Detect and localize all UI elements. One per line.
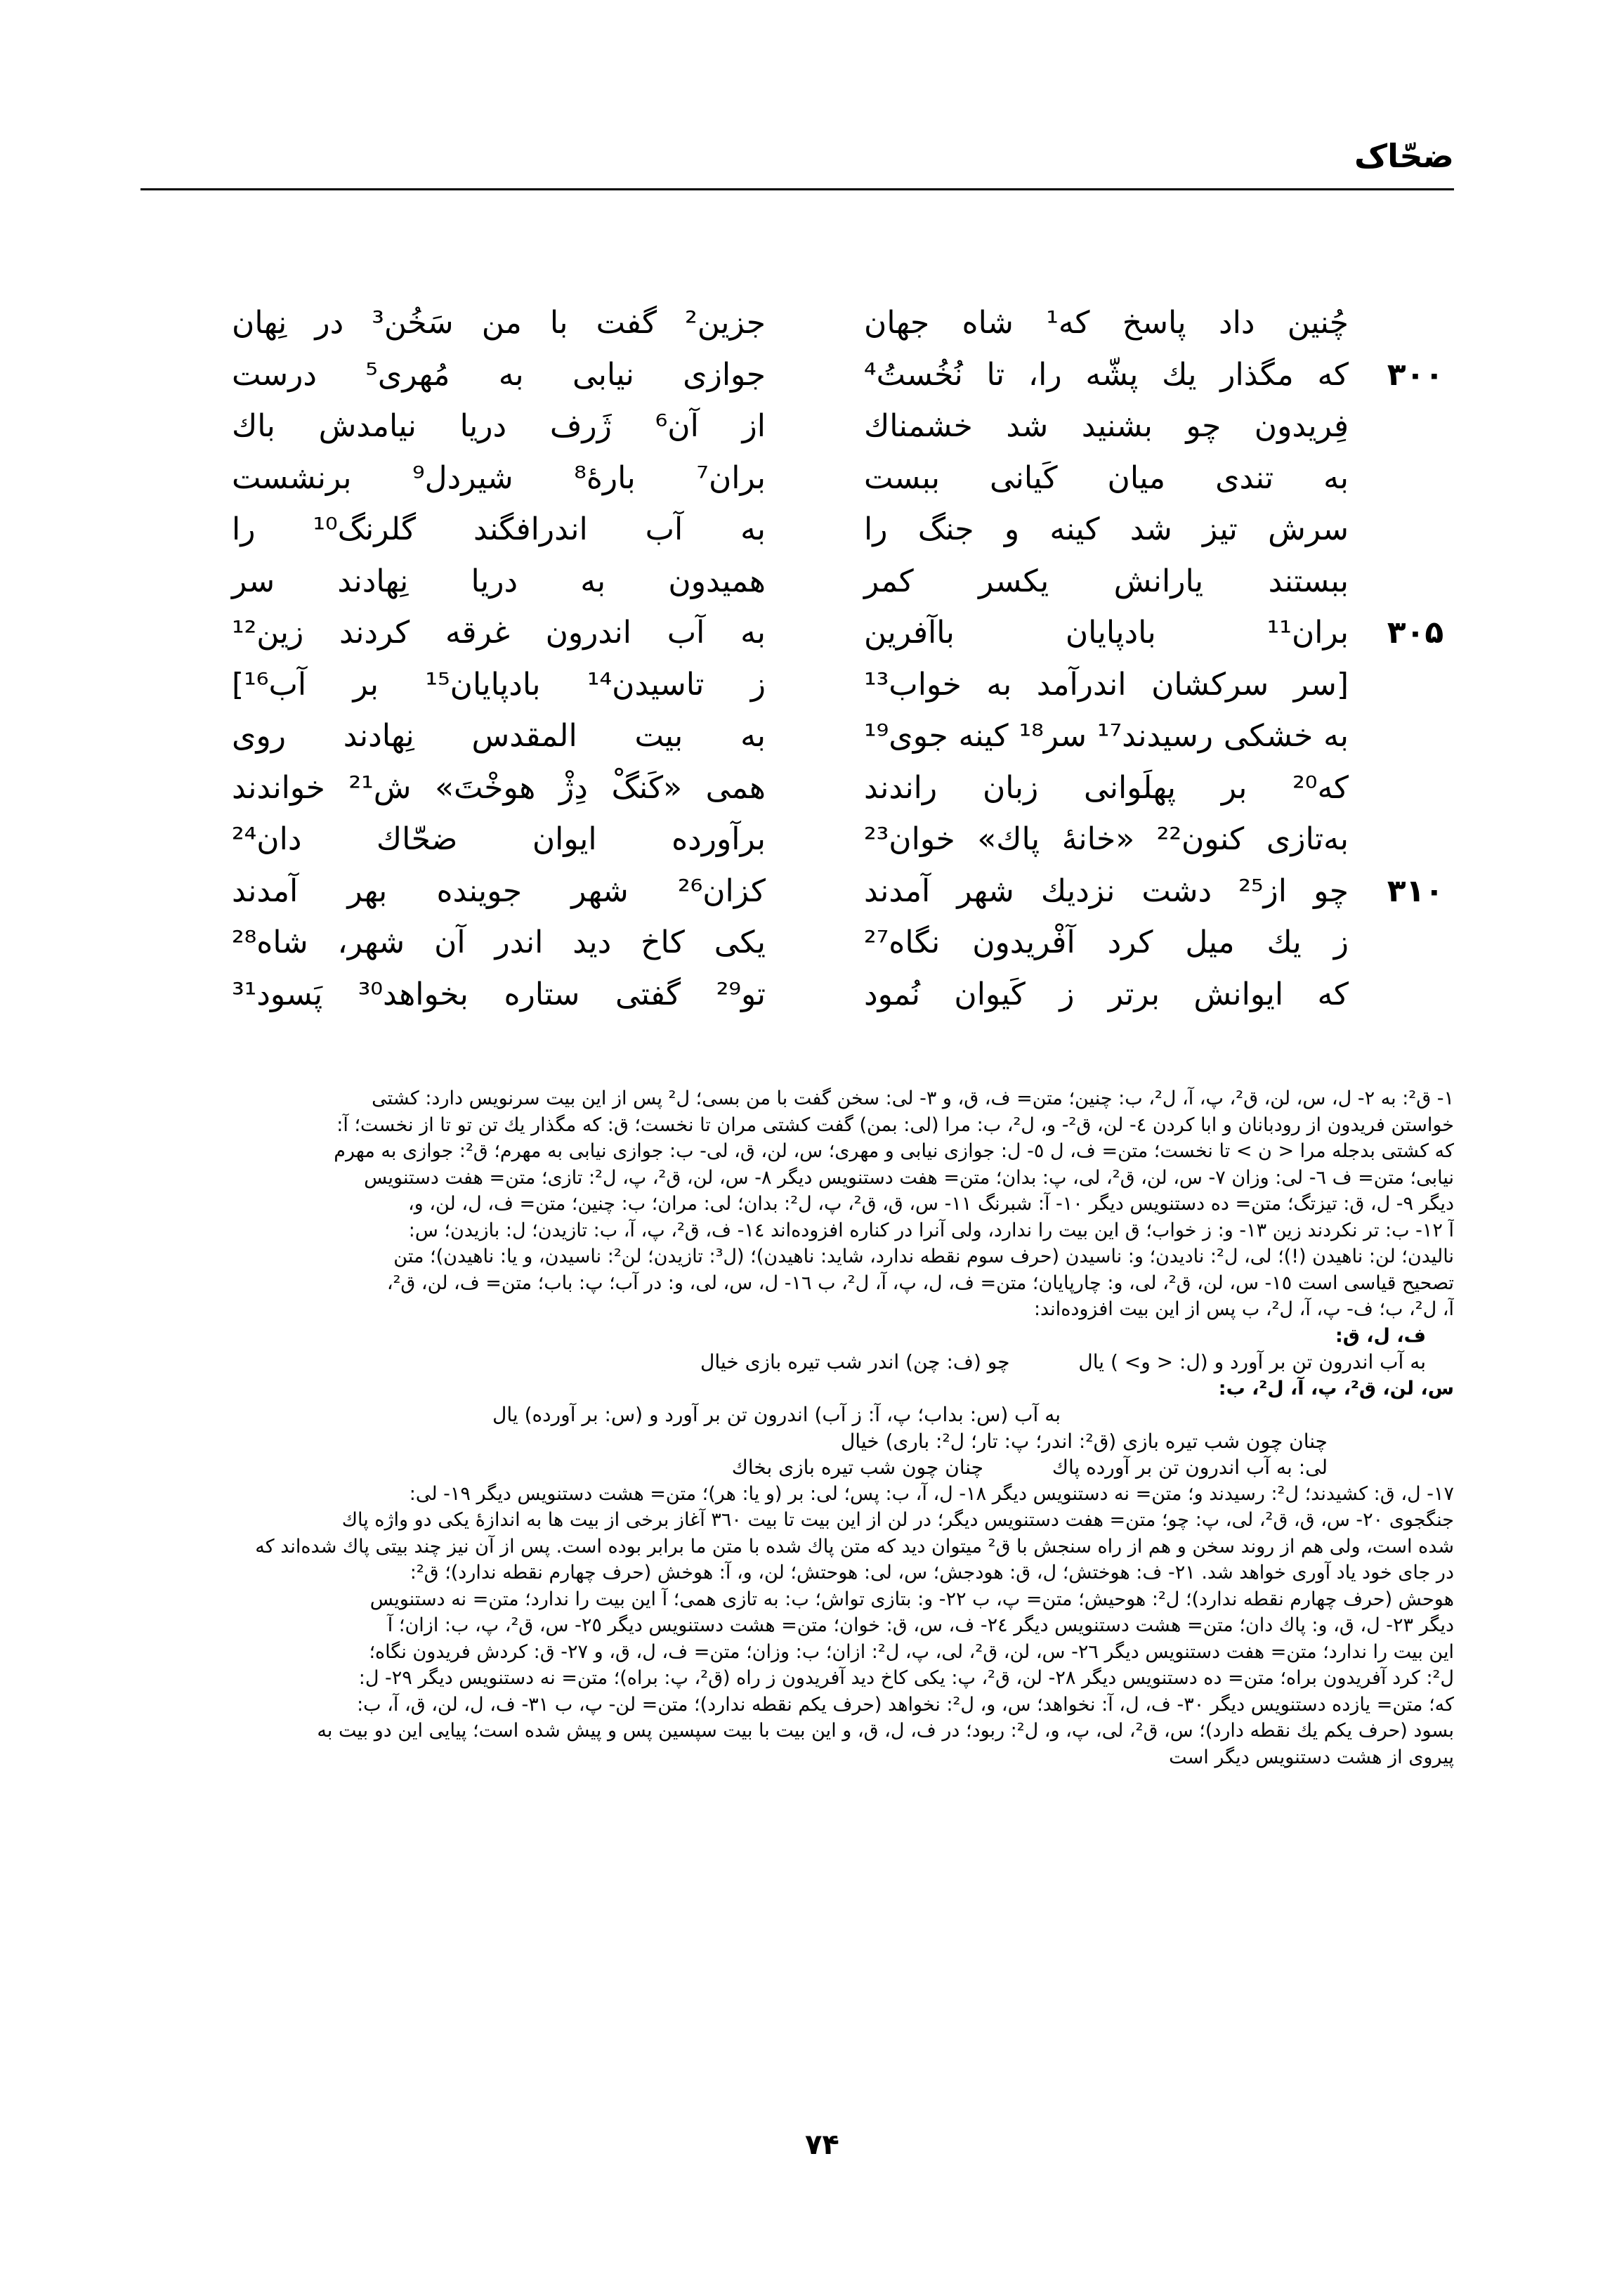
hemistich-first: که مگذار یك پشّه را، تا نُخُستُ⁴ [864,354,1349,396]
insert-li-left: چنان چون شب تیره بازی بخاك [732,1456,983,1479]
footnote-line: نالیدن؛ لن: ناهیدن (!)؛ لی، ل²: نادیدن؛ … [148,1243,1454,1270]
hemistich-first: بەتازی کنون²² «خانهٔ پاك» خوان²³ [864,818,1349,861]
hemistich-second: ز تاسیدن¹⁴ بادپایان¹⁵ بر آب¹⁶] [232,664,766,706]
verse-row: سرش تیز شد کینه و جنگ رابه آب اندرافگند … [232,509,1454,561]
footnote-line: دیگر ٩- ل، ق: تیزتگ؛ متن= ده دستنویس دیگ… [148,1191,1454,1217]
footnote-line: شده است، ولی هم از روند سخن و هم از راه … [148,1534,1454,1560]
hemistich-second: همی «کَنگْ دِژْ هوخْتَ» ش²¹ خواندند [232,767,766,809]
verse-row: ببستند یارانش یکسر کمرهمیدون به دریا نِه… [232,561,1454,613]
hemistich-first: که²⁰ بر پهلَوانی زبان راندند [864,767,1349,809]
verse-row: که²⁰ بر پهلَوانی زبان راندندهمی «کَنگْ د… [232,767,1454,819]
poem-body: چُنین داد پاسخ که¹ شاه جهانجزین² گفت با … [232,302,1454,1025]
footnotes: ۱- ق²: به ۲- ل، س، لن، ق²، پ، آ، ل²، ب: … [148,1085,1454,1770]
verse-row: چُنین داد پاسخ که¹ شاه جهانجزین² گفت با … [232,302,1454,354]
insert-verse-1-left: چو (ف: چن) اندر شب تیره بازی خیال [700,1350,1010,1373]
footnote-line: که؛ متن= یازده دستنویس دیگر ٣٠- ف، ل، آ:… [148,1692,1454,1718]
verse-row: ۳۰۰که مگذار یك پشّه را، تا نُخُستُ⁴جوازی… [232,354,1454,406]
hemistich-first: سرش تیز شد کینه و جنگ را [864,509,1349,551]
hemistich-first: که ایوانش برتر ز کَیوان نُمود [864,974,1349,1016]
insert-verse-1-right: به آب اندرون تن بر آورد و (ل: < و> ) یال [1078,1350,1426,1373]
page-number: ۷۴ [805,2129,839,2161]
hemistich-second: از آن⁶ ژَرف دریا نیامدش باك [232,405,766,448]
insert-verse-2-right: به آب (س: بداب؛ پ، آ: ز آب) اندرون تن بر… [148,1402,1454,1428]
verse-row: ۳۰۵بران¹¹ بادپایان باآفرینبه آب اندرون غ… [232,612,1454,664]
verse-row: [سر سرکشان اندرآمد به خواب¹³ز تاسیدن¹⁴ ب… [232,664,1454,716]
hemistich-first: فِریدون چو بشنید شد خشمناك [864,405,1349,448]
insert-group-label: س، لن، ق²، پ، آ، ل²، ب: [148,1376,1454,1402]
verse-row: به تندی میان کَیانی ببستبران⁷ بارهٔ⁸ شیر… [232,457,1454,509]
footnote-line: نیابی؛ متن= ف ٦- لی: وزان ٧- س، لن، ق²، … [148,1165,1454,1192]
hemistich-second: به آب اندرافگند گلرنگ¹⁰ را [232,509,766,551]
footnote-lines-block-1: ۱- ق²: به ۲- ل، س، لن، ق²، پ، آ، ل²، ب: … [148,1085,1454,1323]
hemistich-second: به بیت المقدس نِهادند روی [232,715,766,757]
hemistich-second: همیدون به دریا نِهادند سر [232,561,766,603]
footnote-line: هوحش (حرف چهارم نقطه ندارد)؛ ل²: هوحیش؛ … [148,1586,1454,1613]
verse-number: ۳۱۰ [1377,873,1454,909]
running-title: ضحّاک [1354,137,1454,175]
verse-row: ز یك میل کرد آفْریدون نگاه²⁷یکی کاخ دید … [232,922,1454,974]
insert-verse-1: به آب اندرون تن بر آورد و (ل: < و> ) یال… [148,1349,1454,1376]
verse-number: ۳۰۵ [1377,615,1454,651]
hemistich-second: برآورده ایوان ضحّاك دان²⁴ [232,818,766,861]
verse-row: ۳۱۰چو از²⁵ دشت نزدیك شهر آمدندکزان²⁶ شهر… [232,870,1454,922]
insert-label-f-l-q: ف، ل، ق: [148,1323,1454,1350]
verse-row: بەتازی کنون²² «خانهٔ پاك» خوان²³برآورده … [232,818,1454,870]
footnote-line: دیگر ٢٣- ل، ق، و: پاك دان؛ متن= هشت دستن… [148,1612,1454,1639]
verse-row: به خشکی رسیدند¹⁷ سر¹⁸ کینه جوی¹⁹به بیت ا… [232,715,1454,767]
hemistich-second: به آب اندرون غرقه کردند زین¹² [232,612,766,654]
footnote-line: ١٧- ل، ق: کشیدند؛ ل²: رسیدند و؛ متن= نه … [148,1481,1454,1508]
hemistich-second: جزین² گفت با من سَخُن³ در نِهان [232,302,766,344]
footnote-line: که کشتی بدجله مرا < ن > تا نخست؛ متن= ف،… [148,1138,1454,1165]
insert-li-verse: لی: به آب اندرون تن بر آورده پاك چنان چو… [148,1454,1454,1481]
hemistich-first: به خشکی رسیدند¹⁷ سر¹⁸ کینه جوی¹⁹ [864,715,1349,757]
footnote-lines-block-2: ١٧- ل، ق: کشیدند؛ ل²: رسیدند و؛ متن= نه … [148,1481,1454,1771]
hemistich-first: بران¹¹ بادپایان باآفرین [864,612,1349,654]
verse-row: فِریدون چو بشنید شد خشمناكاز آن⁶ ژَرف در… [232,405,1454,457]
footnote-line: در جای خود یاد آوری خواهد شد. ٢١- ف: هوخ… [148,1560,1454,1586]
verse-row: که ایوانش برتر ز کَیوان نُمودتو²⁹ گفتی س… [232,974,1454,1026]
page-header: ضحّاک [140,126,1454,190]
hemistich-second: جوازی نیابی به مُهری⁵ درست [232,354,766,396]
hemistich-second: یکی کاخ دید اندر آن شهر، شاه²⁸ [232,922,766,964]
footnote-line: آ، ل²، ب؛ ف- پ، آ، ل²، ب پس از این بیت ا… [148,1296,1454,1323]
hemistich-first: به تندی میان کَیانی ببست [864,457,1349,500]
hemistich-second: کزان²⁶ شهر جوینده بهر آمدند [232,870,766,913]
footnote-line: پیروی از هشت دستنویس دیگر است [148,1744,1454,1771]
hemistich-first: ببستند یارانش یکسر کمر [864,561,1349,603]
footnote-line: آ ١٢- ب: تر نکردند زین ١٣- و: ز خواب؛ ق … [148,1217,1454,1244]
footnote-line: جنگجوی ٢٠- س، ق، ق²، لی، پ: چو؛ متن= هفت… [148,1507,1454,1534]
footnote-line: ۱- ق²: به ۲- ل، س، لن، ق²، پ، آ، ل²، ب: … [148,1085,1454,1112]
footnote-line: خواستن فریدون از رودبانان و ابا کردن ٤- … [148,1112,1454,1139]
hemistich-first: [سر سرکشان اندرآمد به خواب¹³ [864,664,1349,706]
hemistich-first: چو از²⁵ دشت نزدیك شهر آمدند [864,870,1349,913]
footnote-line: بسود (حرف یکم یك نقطه دارد)؛ س، ق²، لی، … [148,1718,1454,1744]
insert-li-right: لی: به آب اندرون تن بر آورده پاك [1052,1456,1328,1479]
verse-number: ۳۰۰ [1377,357,1454,393]
header-rule [140,188,1454,190]
footnote-line: این بیت را ندارد؛ متن= هفت دستنویس دیگر … [148,1639,1454,1666]
hemistich-second: بران⁷ بارهٔ⁸ شیردل⁹ برنشست [232,457,766,500]
hemistich-second: تو²⁹ گفتی ستاره بخواهد³⁰ پَسود³¹ [232,974,766,1016]
footnote-line: ل²: کرد آفریدون براه؛ متن= ده دستنویس دی… [148,1665,1454,1692]
hemistich-first: چُنین داد پاسخ که¹ شاه جهان [864,302,1349,344]
insert-verse-2-left: چنان چون شب تیره بازی (ق²: اندر؛ پ: تار؛… [148,1428,1454,1455]
footnote-line: تصحیح قیاسی است ١٥- س، لن، ق²، لی، و: چا… [148,1270,1454,1297]
hemistich-first: ز یك میل کرد آفْریدون نگاه²⁷ [864,922,1349,964]
